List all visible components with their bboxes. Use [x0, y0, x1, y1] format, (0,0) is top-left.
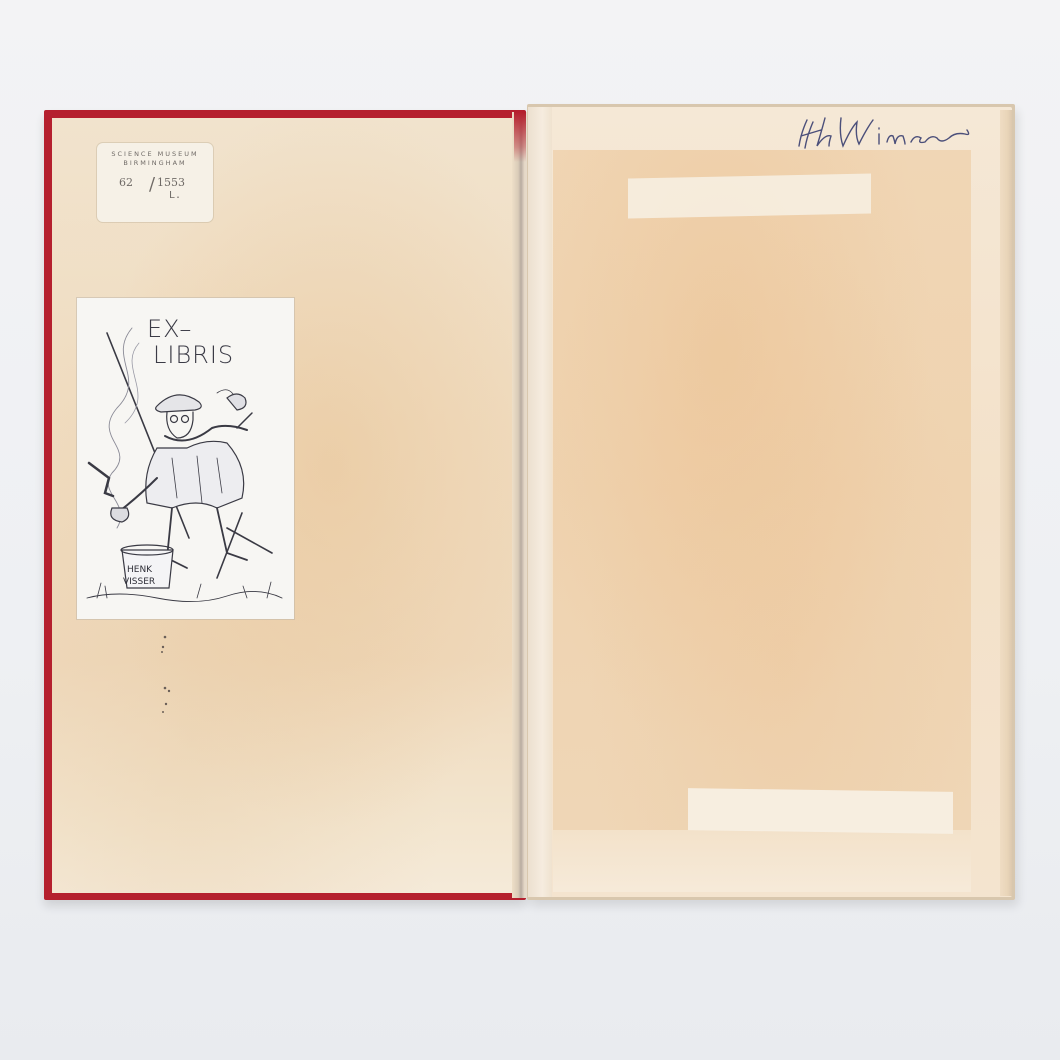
handwritten-signature: HHVisser [795, 108, 985, 158]
owner-name-line1: HENK [127, 565, 153, 575]
signature-icon [795, 108, 985, 158]
ink-spots [158, 632, 178, 722]
ex-libris-line1: EX– [147, 316, 234, 342]
ex-libris-bookplate: HENK VISSER EX– LIBRIS [77, 298, 294, 619]
page-fore-edge [1000, 110, 1012, 896]
page-gutter [528, 107, 552, 897]
accession-number-a: 62 [119, 176, 133, 189]
museum-label-line1: SCIENCE MUSEUM [97, 150, 213, 159]
spine-cloth-edge [514, 112, 526, 162]
accession-slash: / [149, 174, 155, 195]
accession-number: 62 / 1553 L. [97, 176, 213, 206]
accession-number-c: L. [169, 190, 181, 201]
ex-libris-line2: LIBRIS [153, 342, 234, 368]
museum-accession-label: SCIENCE MUSEUM BIRMINGHAM 62 / 1553 L. [97, 143, 213, 222]
flyleaf-bottom-margin [553, 830, 971, 892]
tape-residue-top [628, 173, 871, 218]
tape-residue-bottom [688, 788, 953, 834]
accession-number-b: 1553 [157, 176, 185, 189]
flyleaf-stained-area [553, 150, 971, 830]
museum-label-line2: BIRMINGHAM [97, 159, 213, 168]
owner-name-line2: VISSER [123, 577, 155, 587]
ex-libris-title: EX– LIBRIS [147, 316, 234, 368]
